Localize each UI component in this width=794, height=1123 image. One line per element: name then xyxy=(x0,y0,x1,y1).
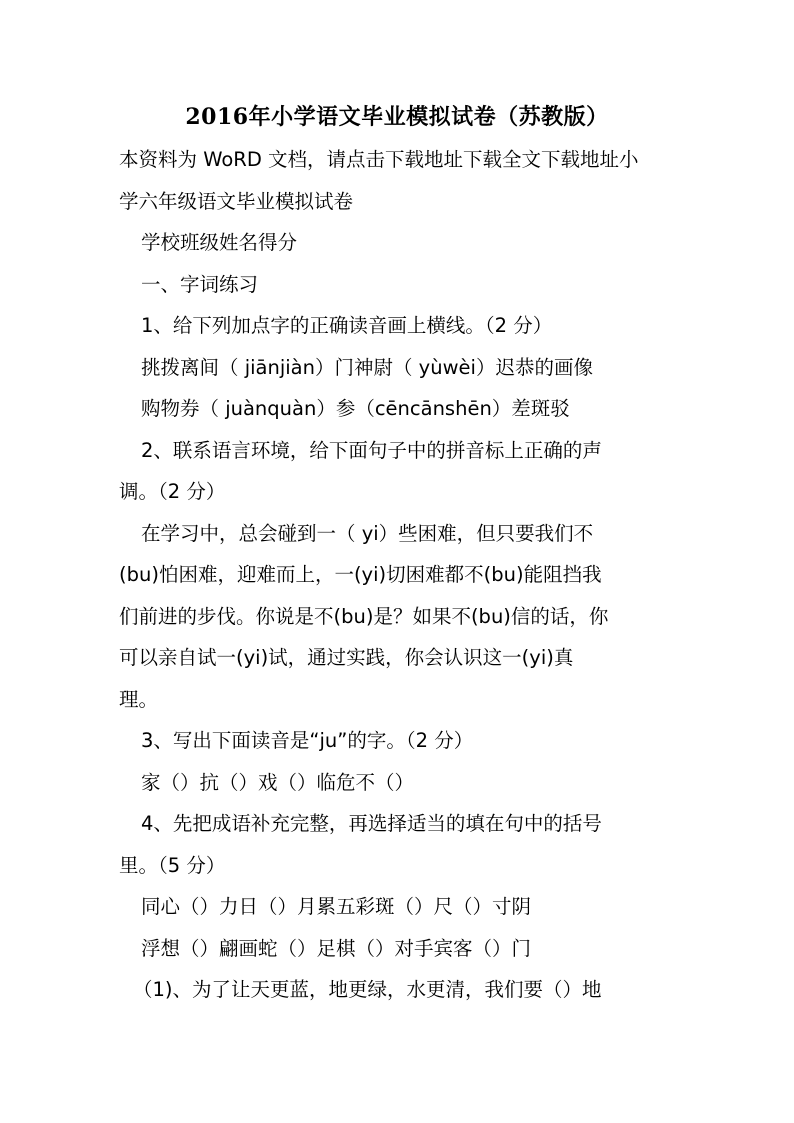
question-2-passage-2: (bu)怕困难，迎难而上，一(yi)切困难都不(bu)能阻挡我 xyxy=(119,554,664,596)
question-2-passage-4: 可以亲自试一(yi)试，通过实践，你会认识这一(yi)真 xyxy=(119,637,664,679)
question-3-items: 家（）抗（）戏（）临危不（） xyxy=(119,762,664,804)
intro-line-1: 本资料为 WoRD 文档，请点击下载地址下载全文下载地址小 xyxy=(119,139,664,181)
question-4-idioms-1: 同心（）力日（）月累五彩斑（）尺（）寸阴 xyxy=(119,886,664,928)
question-1-item-2: 购物券（ juànquàn）参（cēncānshēn）差斑驳 xyxy=(119,388,664,430)
question-2-passage-5: 理。 xyxy=(119,679,664,721)
question-3: 3、写出下面读音是“ju”的字。（2 分） xyxy=(119,720,664,762)
question-2-passage-3: 们前进的步伐。你说是不(bu)是？如果不(bu)信的话，你 xyxy=(119,596,664,638)
question-2: 2、联系语言环境，给下面句子中的拼音标上正确的声 xyxy=(119,430,664,472)
question-1-item-1: 挑拨离间（ jiānjiàn）门神尉（ yùwèi）迟恭的画像 xyxy=(119,347,664,389)
section-heading-1: 一、字词练习 xyxy=(119,264,664,306)
question-2-cont: 调。（2 分） xyxy=(119,471,664,513)
question-1: 1、给下列加点字的正确读音画上横线。（2 分） xyxy=(119,305,664,347)
document-body: 本资料为 WoRD 文档，请点击下载地址下载全文下载地址小 学六年级语文毕业模拟… xyxy=(119,139,664,1011)
intro-line-2: 学六年级语文毕业模拟试卷 xyxy=(119,181,664,223)
document-title: 2016年小学语文毕业模拟试卷（苏教版） xyxy=(0,101,794,133)
question-4: 4、先把成语补充完整，再选择适当的填在句中的括号 xyxy=(119,803,664,845)
student-info-line: 学校班级姓名得分 xyxy=(119,222,664,264)
question-4-cont: 里。（5 分） xyxy=(119,845,664,887)
question-4-sentence-1: （1)、为了让天更蓝，地更绿，水更清，我们要（）地 xyxy=(119,969,664,1011)
question-4-idioms-2: 浮想（）翩画蛇（）足棋（）对手宾客（）门 xyxy=(119,928,664,970)
question-2-passage-1: 在学习中，总会碰到一（ yi）些困难，但只要我们不 xyxy=(119,513,664,555)
document-page: 2016年小学语文毕业模拟试卷（苏教版） 本资料为 WoRD 文档，请点击下载地… xyxy=(0,0,794,1123)
